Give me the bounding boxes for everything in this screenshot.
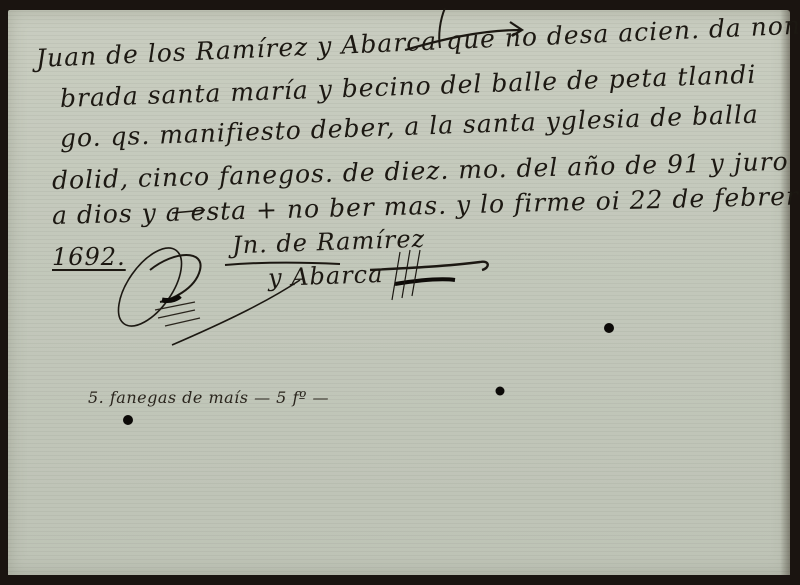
- signature-surname: y Abarca: [268, 262, 384, 290]
- margin-note: 5. fanegas de maís — 5 fº —: [88, 390, 329, 406]
- document-scan: Juan de los Ramírez y Abarca que no desa…: [0, 0, 800, 585]
- manuscript-year: 1692.: [52, 245, 126, 269]
- signature-name: Jn. de Ramírez: [232, 227, 426, 258]
- scan-bottom-edge: [0, 575, 800, 585]
